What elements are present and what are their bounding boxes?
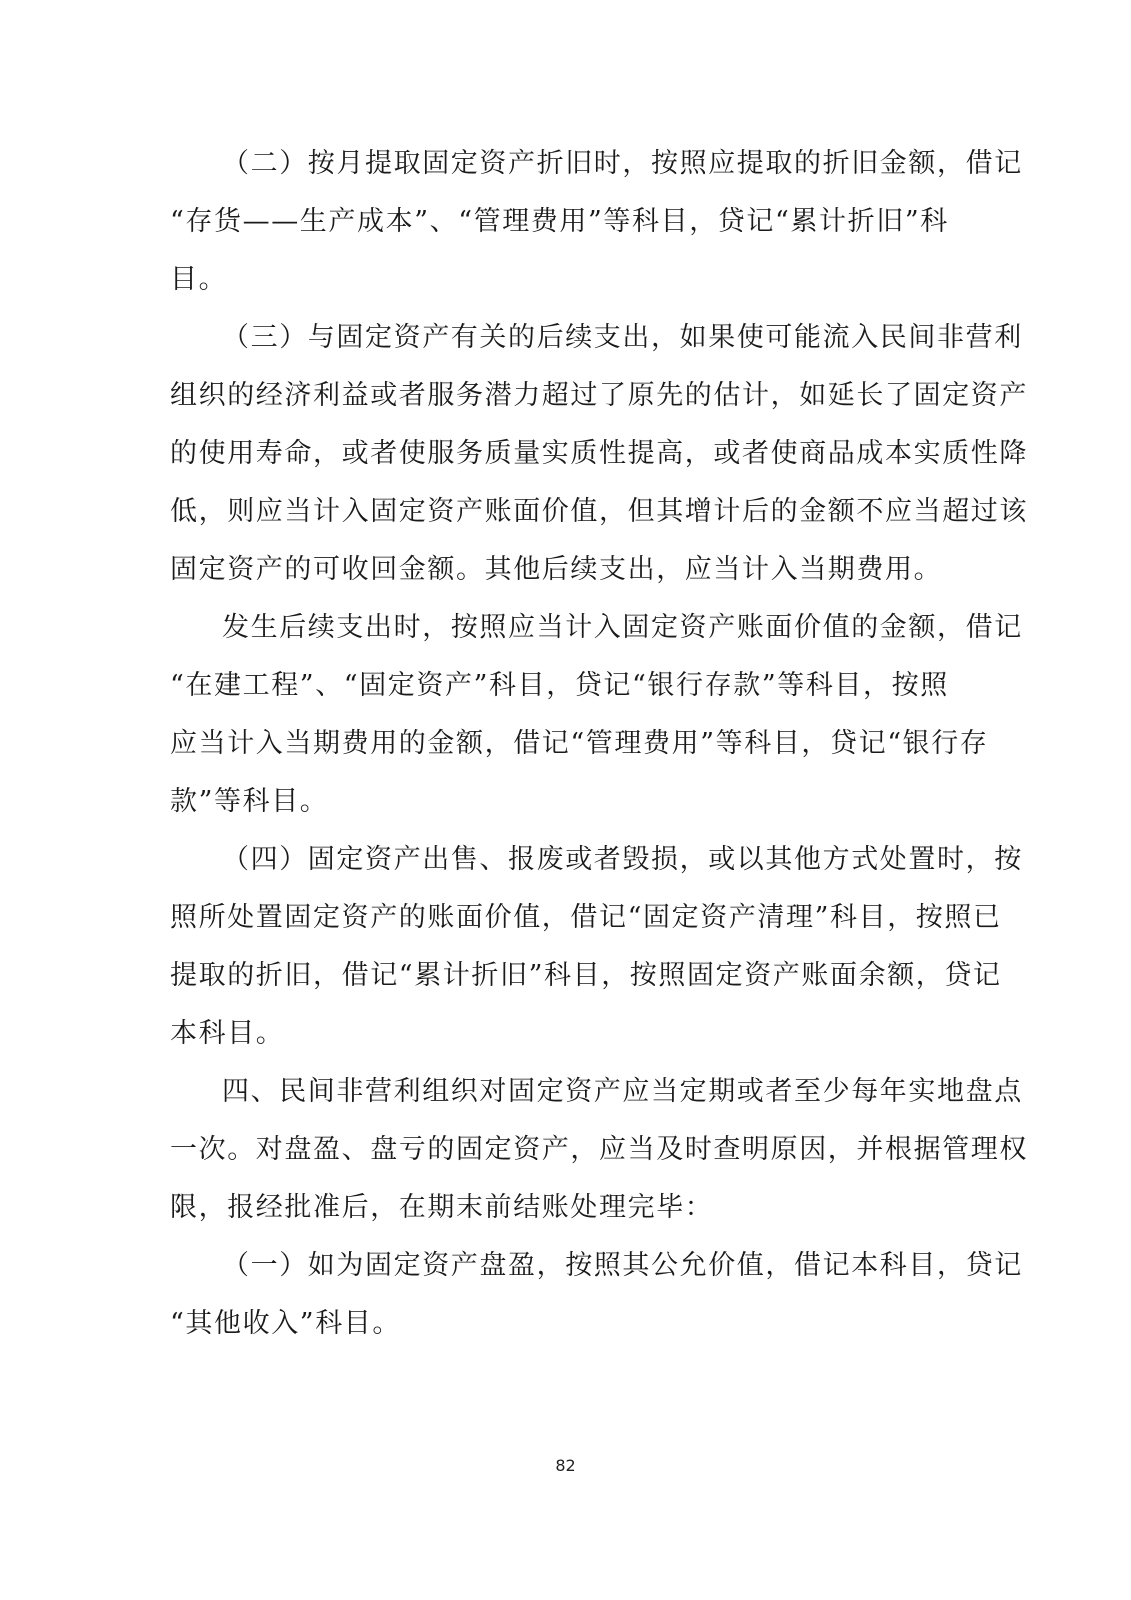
paragraph-3-line-2: “在建工程”、“固定资产”科目，贷记“银行存款”等科目，按照 [170, 670, 945, 702]
paragraph-1-line-2: “存货——生产成本”、“管理费用”等科目，贷记“累计折旧”科 [170, 206, 945, 238]
paragraph-2-line-2: 组织的经济利益或者服务潜力超过了原先的估计，如延长了固定资产 [170, 380, 945, 412]
paragraph-5-line-1: 四、民间非营利组织对固定资产应当定期或者至少每年实地盘点 [222, 1076, 945, 1108]
paragraph-4-line-4: 本科目。 [170, 1018, 945, 1050]
paragraph-5-line-2: 一次。对盘盈、盘亏的固定资产，应当及时查明原因，并根据管理权 [170, 1134, 945, 1166]
paragraph-3-line-4: 款”等科目。 [170, 786, 945, 818]
paragraph-3-line-1: 发生后续支出时，按照应当计入固定资产账面价值的金额，借记 [222, 612, 945, 644]
page-number: 82 [0, 1456, 1131, 1475]
paragraph-4-line-2: 照所处置固定资产的账面价值，借记“固定资产清理”科目，按照已 [170, 902, 945, 934]
document-page: （二）按月提取固定资产折旧时，按照应提取的折旧金额，借记 “存货——生产成本”、… [0, 0, 1131, 1600]
paragraph-2-line-5: 固定资产的可收回金额。其他后续支出，应当计入当期费用。 [170, 554, 945, 586]
paragraph-1-line-1: （二）按月提取固定资产折旧时，按照应提取的折旧金额，借记 [222, 148, 945, 180]
paragraph-6-line-2: “其他收入”科目。 [170, 1308, 945, 1340]
paragraph-5-line-3: 限，报经批准后，在期末前结账处理完毕： [170, 1192, 945, 1224]
paragraph-1-line-3: 目。 [170, 264, 945, 296]
paragraph-2-line-4: 低，则应当计入固定资产账面价值，但其增计后的金额不应当超过该 [170, 496, 945, 528]
paragraph-3-line-3: 应当计入当期费用的金额，借记“管理费用”等科目，贷记“银行存 [170, 728, 945, 760]
paragraph-4-line-3: 提取的折旧，借记“累计折旧”科目，按照固定资产账面余额，贷记 [170, 960, 945, 992]
paragraph-2-line-3: 的使用寿命，或者使服务质量实质性提高，或者使商品成本实质性降 [170, 438, 945, 470]
paragraph-2-line-1: （三）与固定资产有关的后续支出，如果使可能流入民间非营利 [222, 322, 945, 354]
paragraph-6-line-1: （一）如为固定资产盘盈，按照其公允价值，借记本科目，贷记 [222, 1250, 945, 1282]
paragraph-4-line-1: （四）固定资产出售、报废或者毁损，或以其他方式处置时，按 [222, 844, 945, 876]
